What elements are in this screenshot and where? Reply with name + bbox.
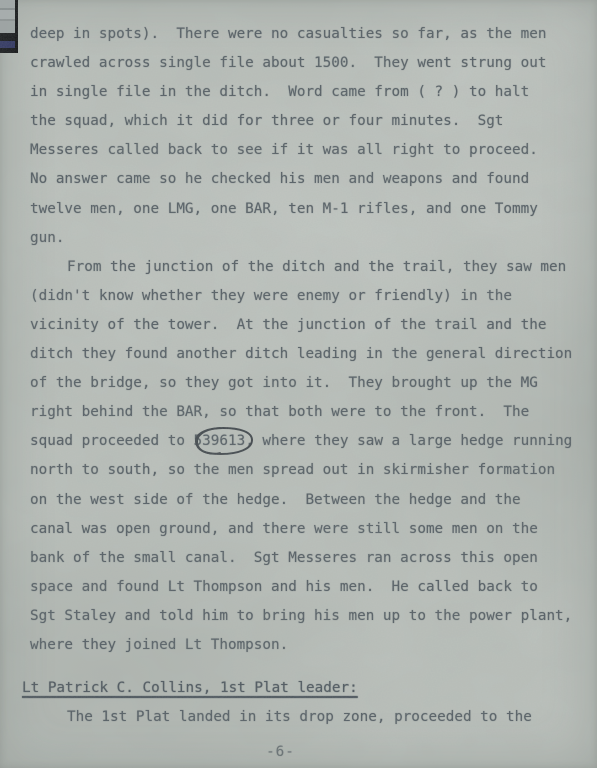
typed-line: on the west side of the hedge. Between t… bbox=[30, 486, 586, 515]
typed-line: Messeres called back to see if it was al… bbox=[30, 136, 586, 165]
typed-line: deep in spots). There were no casualties… bbox=[30, 20, 586, 49]
circled-coordinate: 539613 bbox=[194, 427, 246, 456]
typed-line: crawled across single file about 1500. T… bbox=[30, 49, 586, 78]
paragraph-lines-3: The 1st Plat landed in its drop zone, pr… bbox=[30, 703, 586, 732]
typed-line: where they joined Lt Thompson. bbox=[30, 631, 586, 660]
typed-line: right behind the BAR, so that both were … bbox=[30, 398, 586, 427]
typed-line: No answer came so he checked his men and… bbox=[30, 165, 586, 194]
typed-line: bank of the small canal. Sgt Messeres ra… bbox=[30, 544, 586, 573]
typed-line: vicinity of the tower. At the junction o… bbox=[30, 311, 586, 340]
circled-coordinate-line: squad proceeded to 539613, where they sa… bbox=[30, 427, 586, 456]
scan-edge-artifact bbox=[0, 0, 20, 56]
typed-line: space and found Lt Thompson and his men.… bbox=[30, 573, 586, 602]
typed-line: north to south, so the men spread out in… bbox=[30, 456, 586, 485]
scan-artifact-black-band bbox=[0, 48, 15, 53]
section-heading: Lt Patrick C. Collins, 1st Plat leader: bbox=[22, 674, 586, 703]
typed-line: of the bridge, so they got into it. They… bbox=[30, 369, 586, 398]
scanned-document-page: deep in spots). There were no casualties… bbox=[0, 0, 597, 768]
typed-line: gun. bbox=[30, 224, 586, 253]
typed-line: in single file in the ditch. Word came f… bbox=[30, 78, 586, 107]
circled-line-pre: squad proceeded to bbox=[30, 433, 194, 449]
adjacent-page-edge bbox=[0, 0, 15, 33]
page-number: -6- bbox=[0, 744, 579, 760]
typed-line: The 1st Plat landed in its drop zone, pr… bbox=[30, 703, 586, 732]
typed-text-body: deep in spots). There were no casualties… bbox=[30, 20, 586, 732]
circled-line-post: , where they saw a large hedge running bbox=[245, 433, 572, 449]
typed-line: (didn't know whether they were enemy or … bbox=[30, 282, 586, 311]
typed-line: Sgt Staley and told him to bring his men… bbox=[30, 602, 586, 631]
typed-line: From the junction of the ditch and the t… bbox=[30, 253, 586, 282]
scan-artifact-black-band bbox=[0, 33, 15, 41]
scan-artifact-edge-line bbox=[15, 0, 18, 53]
paragraph-lines-1: deep in spots). There were no casualties… bbox=[30, 20, 586, 427]
typed-line: twelve men, one LMG, one BAR, ten M-1 ri… bbox=[30, 195, 586, 224]
paragraph-lines-2: north to south, so the men spread out in… bbox=[30, 456, 586, 660]
typed-line: canal was open ground, and there were st… bbox=[30, 515, 586, 544]
typed-line: the squad, which it did for three or fou… bbox=[30, 107, 586, 136]
coordinate-text: 539613 bbox=[194, 433, 246, 449]
typed-line: ditch they found another ditch leading i… bbox=[30, 340, 586, 369]
scan-artifact-navy-band bbox=[0, 41, 15, 48]
